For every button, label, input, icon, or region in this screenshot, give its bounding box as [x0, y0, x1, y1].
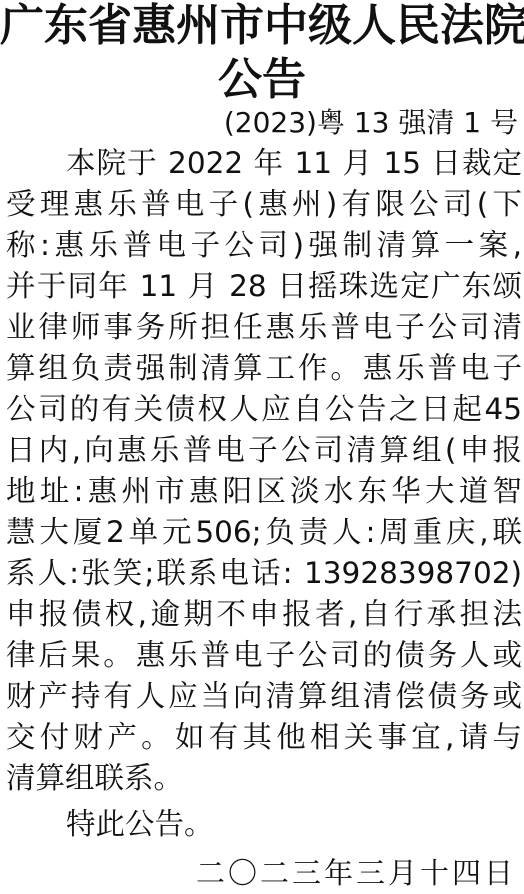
court-name-title: 广东省惠州市中级人民法院 — [0, 0, 524, 52]
body-line: 业律师事务所担任惠乐普电子公司清 — [6, 308, 522, 346]
body-line: 清算组联系。 — [6, 759, 183, 797]
closing-statement: 特此公告。 — [66, 805, 214, 843]
body-line: 申报债权,逾期不申报者,自行承担法 — [6, 595, 522, 633]
body-line: 交付财产。如有其他相关事宜,请与 — [6, 718, 522, 756]
case-number: (2023)粤 13 强清 1 号 — [224, 104, 518, 142]
body-line: 并于同年 11 月 28 日摇珠选定广东颂 — [6, 267, 522, 305]
body-line: 慧大厦2单元506;负责人:周重庆,联 — [6, 513, 522, 551]
body-line: 公司的有关债权人应自公告之日起45 — [6, 390, 522, 428]
body-line: 本院于 2022 年 11 月 15 日裁定 — [66, 144, 522, 182]
body-line: 受理惠乐普电子(惠州)有限公司(下 — [6, 185, 522, 223]
body-line: 称:惠乐普电子公司)强制清算一案, — [6, 226, 522, 264]
body-line: 算组负责强制清算工作。惠乐普电子 — [6, 349, 522, 387]
body-line: 日内,向惠乐普电子公司清算组(申报 — [6, 431, 522, 469]
body-line: 地址:惠州市惠阳区淡水东华大道智 — [6, 472, 522, 510]
body-line: 系人:张笑;联系电话: 13928398702) — [6, 554, 522, 592]
body-line: 财产持有人应当向清算组清偿债务或 — [6, 677, 522, 715]
notice-date: 二〇二三年三月十四日 — [196, 854, 516, 892]
body-line: 律后果。惠乐普电子公司的债务人或 — [6, 636, 522, 674]
notice-title: 公告 — [0, 54, 524, 106]
court-notice-page: 广东省惠州市中级人民法院 公告 (2023)粤 13 强清 1 号 本院于 20… — [0, 0, 524, 894]
